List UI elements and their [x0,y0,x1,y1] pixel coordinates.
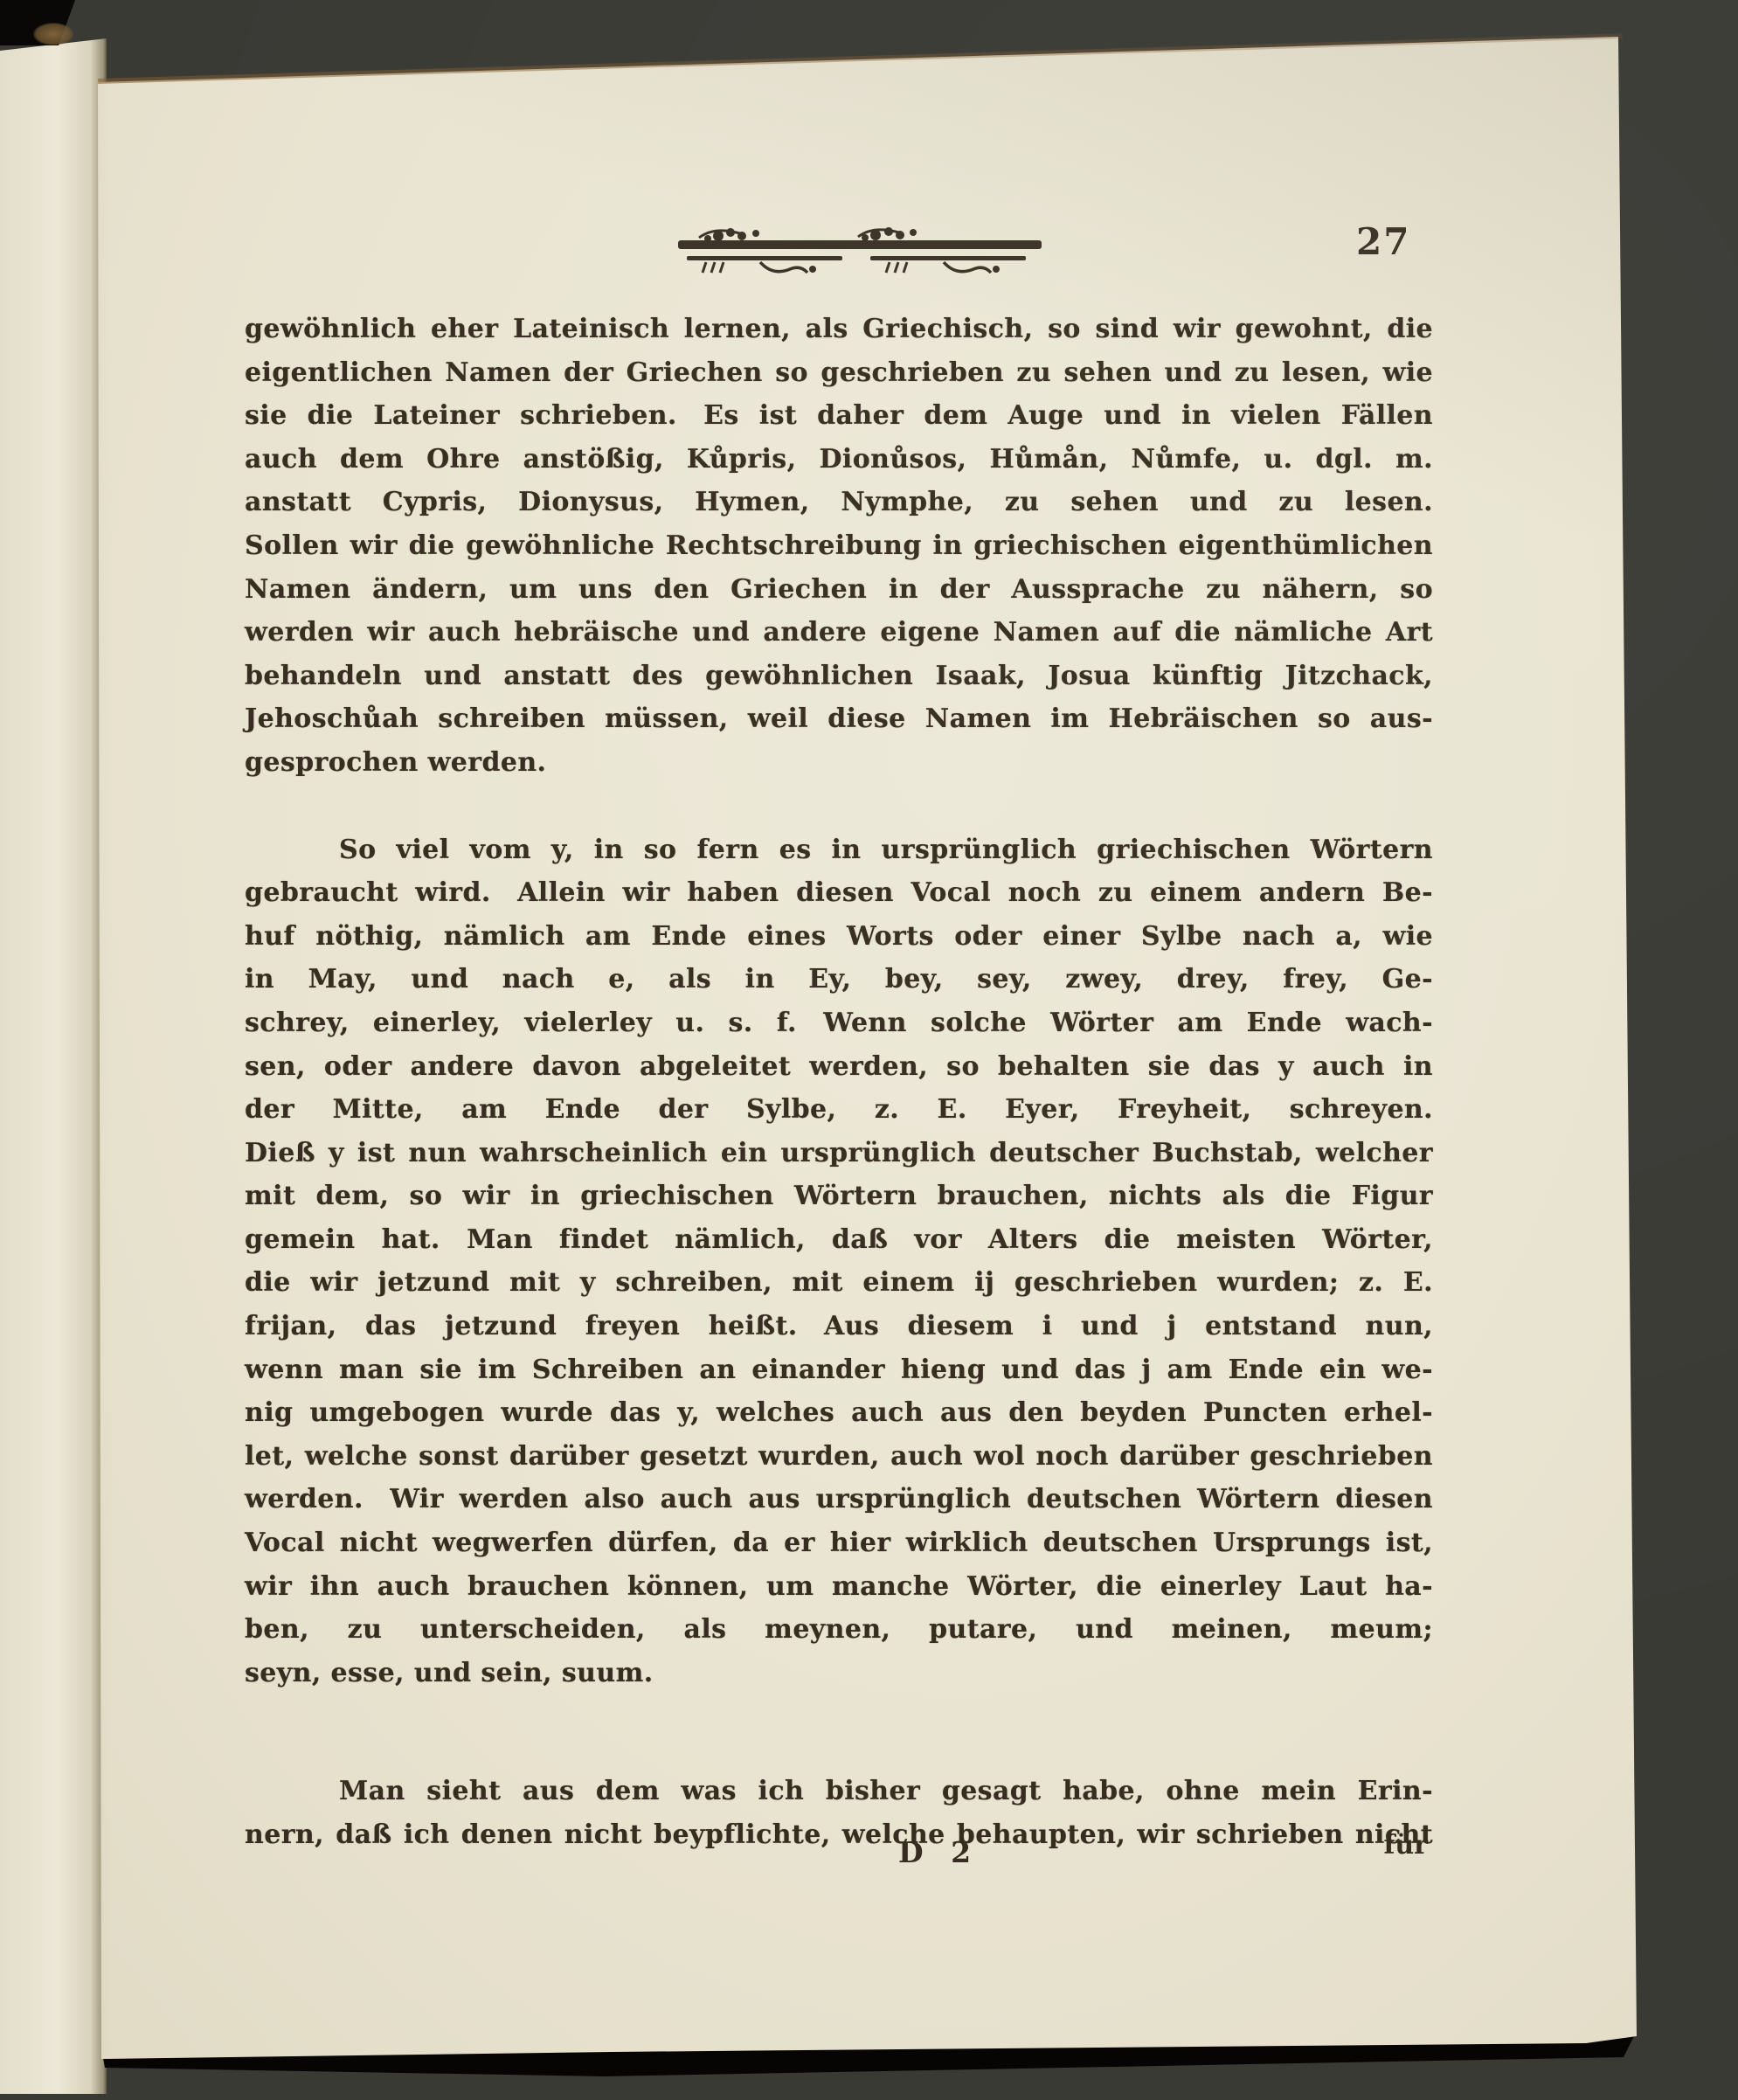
text-line: Man sieht aus dem was ich bisher gesagt … [245,1770,1433,1813]
text-line: Dieß y ist nun wahrscheinlich ein ursprü… [245,1132,1433,1175]
text-line: anstatt Cypris, Dionysus, Hymen, Nymphe,… [245,481,1433,524]
text-line: So viel vom y, in so fern es in ursprüng… [245,828,1433,872]
text-line: werden wir auch hebräische und andere ei… [245,611,1433,655]
text-line: gemein hat. Man findet nämlich, daß vor … [245,1218,1433,1262]
text-line: auch dem Ohre anstößig, Kůpris, Dionůsos… [245,438,1433,482]
text-line: Vocal nicht wegwerfen dürfen, da er hier… [245,1521,1433,1565]
page-number: 27 [1356,220,1461,263]
text-line: Namen ändern, um uns den Griechen in der… [245,568,1433,612]
text-line: Jehoschůah schreiben müssen, weil diese … [245,697,1433,741]
paragraph: gewöhnlich eher Lateinisch lernen, als G… [245,308,1433,785]
catchword: für [1383,1830,1428,1861]
text-line: mit dem, so wir in griechischen Wörtern … [245,1175,1433,1218]
signature-line: D 2 für [245,1833,1433,1881]
text-line: gewöhnlich eher Lateinisch lernen, als G… [245,308,1433,351]
text-line: ben, zu unterscheiden, als meynen, putar… [245,1608,1433,1652]
signature-mark: D 2 [898,1835,980,1869]
text-line: nig umgebogen wurde das y, welches auch … [245,1391,1433,1435]
text-line: huf nöthig, nämlich am Ende eines Worts … [245,915,1433,959]
text-line: Sollen wir die gewöhnliche Rechtschreibu… [245,524,1433,568]
text-line: seyn, esse, und sein, suum. [245,1652,1433,1695]
head-ornament-icon [673,224,1049,280]
text-line: die wir jetzund mit y schreiben, mit ein… [245,1261,1433,1305]
text-line: frijan, das jetzund freyen heißt. Aus di… [245,1305,1433,1348]
text-line: in May, und nach e, als in Ey, bey, sey,… [245,958,1433,1001]
text-line: sie die Lateiner schrieben. Es ist daher… [245,394,1433,438]
text-line: let, welche sonst darüber gesetzt wurden… [245,1435,1433,1479]
text-block: gewöhnlich eher Lateinisch lernen, als G… [245,308,1433,1857]
text-line: wir ihn auch brauchen können, um manche … [245,1565,1433,1609]
text-line: eigentlichen Namen der Griechen so gesch… [245,351,1433,395]
page-content: 27 gewöhnlich eher Lateinisch lernen, al… [0,0,1738,2100]
text-line: der Mitte, am Ende der Sylbe, z. E. Eyer… [245,1088,1433,1132]
text-line: gebraucht wird. Allein wir haben diesen … [245,871,1433,915]
text-line: gesprochen werden. [245,741,1433,785]
text-line: schrey, einerley, vielerley u. s. f. Wen… [245,1001,1433,1045]
text-line: werden. Wir werden also auch aus ursprün… [245,1478,1433,1521]
scanned-book-photo: 27 gewöhnlich eher Lateinisch lernen, al… [0,0,1738,2100]
paragraph: So viel vom y, in so fern es in ursprüng… [245,828,1433,1695]
text-line: behandeln und anstatt des gewöhnlichen I… [245,655,1433,698]
text-line: sen, oder andere davon abgeleitet werden… [245,1045,1433,1089]
text-line: wenn man sie im Schreiben an einander hi… [245,1348,1433,1392]
